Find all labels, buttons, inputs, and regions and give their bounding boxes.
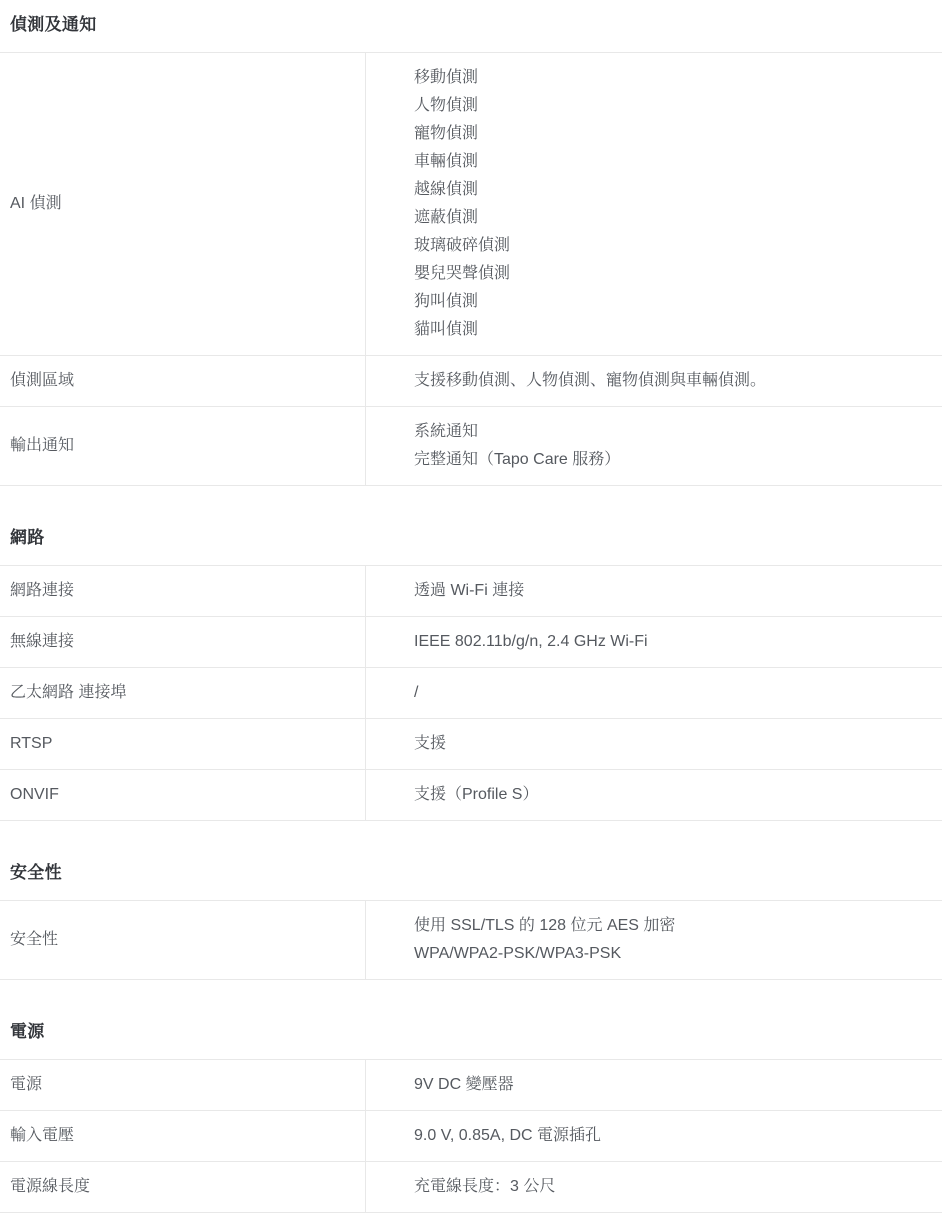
spec-value-line: 使用 SSL/TLS 的 128 位元 AES 加密 (414, 912, 922, 940)
spec-value-line: 移動偵測 (414, 64, 922, 92)
spec-value-line: 充電線長度：3 公尺 (414, 1173, 922, 1201)
spec-row-detection-zone: 偵測區域 支援移動偵測、人物偵測、寵物偵測與車輛偵測。 (0, 356, 942, 407)
spec-value-line: 支援（Profile S） (414, 781, 922, 809)
spec-row-power-cord-length: 電源線長度 充電線長度：3 公尺 (0, 1162, 942, 1213)
spec-value: 充電線長度：3 公尺 (366, 1162, 942, 1212)
spec-value-line: 完整通知（Tapo Care 服務） (414, 446, 922, 474)
spec-table: 電源 9V DC 變壓器 輸入電壓 9.0 V, 0.85A, DC 電源插孔 … (0, 1059, 942, 1213)
spec-value: 使用 SSL/TLS 的 128 位元 AES 加密 WPA/WPA2-PSK/… (366, 901, 942, 979)
spec-row-ai-detection: AI 偵測 移動偵測 人物偵測 寵物偵測 車輛偵測 越線偵測 遮蔽偵測 玻璃破碎… (0, 53, 942, 356)
spec-label: 安全性 (0, 901, 366, 979)
spec-row-ethernet-port: 乙太網路 連接埠 / (0, 668, 942, 719)
spec-row-output-notification: 輸出通知 系統通知 完整通知（Tapo Care 服務） (0, 407, 942, 486)
spec-value-line: 9.0 V, 0.85A, DC 電源插孔 (414, 1122, 922, 1150)
spec-row-network-connection: 網路連接 透過 Wi-Fi 連接 (0, 566, 942, 617)
section-power: 電源 電源 9V DC 變壓器 輸入電壓 9.0 V, 0.85A, DC 電源… (0, 1020, 942, 1213)
spec-value-line: 車輛偵測 (414, 148, 922, 176)
spec-value: / (366, 668, 942, 718)
spec-value-line: 嬰兒哭聲偵測 (414, 260, 922, 288)
spec-label: 乙太網路 連接埠 (0, 668, 366, 718)
spec-value-line: 9V DC 變壓器 (414, 1071, 922, 1099)
spec-label: 輸出通知 (0, 407, 366, 485)
spec-value: 支援（Profile S） (366, 770, 942, 820)
spec-value: 移動偵測 人物偵測 寵物偵測 車輛偵測 越線偵測 遮蔽偵測 玻璃破碎偵測 嬰兒哭… (366, 53, 942, 355)
spec-label: 偵測區域 (0, 356, 366, 406)
spec-value: 支援移動偵測、人物偵測、寵物偵測與車輛偵測。 (366, 356, 942, 406)
spec-row-rtsp: RTSP 支援 (0, 719, 942, 770)
spec-value-line: WPA/WPA2-PSK/WPA3-PSK (414, 940, 922, 968)
spec-row-input-voltage: 輸入電壓 9.0 V, 0.85A, DC 電源插孔 (0, 1111, 942, 1162)
section-security: 安全性 安全性 使用 SSL/TLS 的 128 位元 AES 加密 WPA/W… (0, 861, 942, 980)
spec-value-line: 寵物偵測 (414, 120, 922, 148)
spec-row-security: 安全性 使用 SSL/TLS 的 128 位元 AES 加密 WPA/WPA2-… (0, 901, 942, 980)
spec-value-line: / (414, 679, 922, 707)
spec-value: IEEE 802.11b/g/n, 2.4 GHz Wi-Fi (366, 617, 942, 667)
spec-row-wireless-connection: 無線連接 IEEE 802.11b/g/n, 2.4 GHz Wi-Fi (0, 617, 942, 668)
spec-value-line: 越線偵測 (414, 176, 922, 204)
section-title: 安全性 (0, 861, 942, 885)
section-network: 網路 網路連接 透過 Wi-Fi 連接 無線連接 IEEE 802.11b/g/… (0, 526, 942, 821)
spec-value: 9.0 V, 0.85A, DC 電源插孔 (366, 1111, 942, 1161)
spec-label: 電源線長度 (0, 1162, 366, 1212)
spec-page: 偵測及通知 AI 偵測 移動偵測 人物偵測 寵物偵測 車輛偵測 越線偵測 遮蔽偵… (0, 13, 942, 1213)
spec-value: 支援 (366, 719, 942, 769)
spec-value: 透過 Wi-Fi 連接 (366, 566, 942, 616)
section-title: 網路 (0, 526, 942, 550)
spec-label: 輸入電壓 (0, 1111, 366, 1161)
spec-value-line: 狗叫偵測 (414, 288, 922, 316)
spec-row-onvif: ONVIF 支援（Profile S） (0, 770, 942, 821)
spec-value-line: 遮蔽偵測 (414, 204, 922, 232)
spec-value-line: 玻璃破碎偵測 (414, 232, 922, 260)
spec-value-line: 人物偵測 (414, 92, 922, 120)
spec-value: 系統通知 完整通知（Tapo Care 服務） (366, 407, 942, 485)
spec-value-line: 支援 (414, 730, 922, 758)
spec-value-line: 透過 Wi-Fi 連接 (414, 577, 922, 605)
spec-label: 網路連接 (0, 566, 366, 616)
spec-label: AI 偵測 (0, 53, 366, 355)
spec-label: ONVIF (0, 770, 366, 820)
section-title: 電源 (0, 1020, 942, 1044)
spec-value: 9V DC 變壓器 (366, 1060, 942, 1110)
spec-label: 無線連接 (0, 617, 366, 667)
section-detection-notification: 偵測及通知 AI 偵測 移動偵測 人物偵測 寵物偵測 車輛偵測 越線偵測 遮蔽偵… (0, 13, 942, 486)
spec-value-line: 貓叫偵測 (414, 316, 922, 344)
spec-value-line: 系統通知 (414, 418, 922, 446)
spec-table: 安全性 使用 SSL/TLS 的 128 位元 AES 加密 WPA/WPA2-… (0, 900, 942, 980)
spec-value-line: 支援移動偵測、人物偵測、寵物偵測與車輛偵測。 (414, 367, 922, 395)
spec-label: RTSP (0, 719, 366, 769)
spec-row-power: 電源 9V DC 變壓器 (0, 1060, 942, 1111)
spec-label: 電源 (0, 1060, 366, 1110)
spec-value-line: IEEE 802.11b/g/n, 2.4 GHz Wi-Fi (414, 628, 922, 656)
spec-table: AI 偵測 移動偵測 人物偵測 寵物偵測 車輛偵測 越線偵測 遮蔽偵測 玻璃破碎… (0, 52, 942, 486)
section-title: 偵測及通知 (0, 13, 942, 37)
spec-table: 網路連接 透過 Wi-Fi 連接 無線連接 IEEE 802.11b/g/n, … (0, 565, 942, 821)
